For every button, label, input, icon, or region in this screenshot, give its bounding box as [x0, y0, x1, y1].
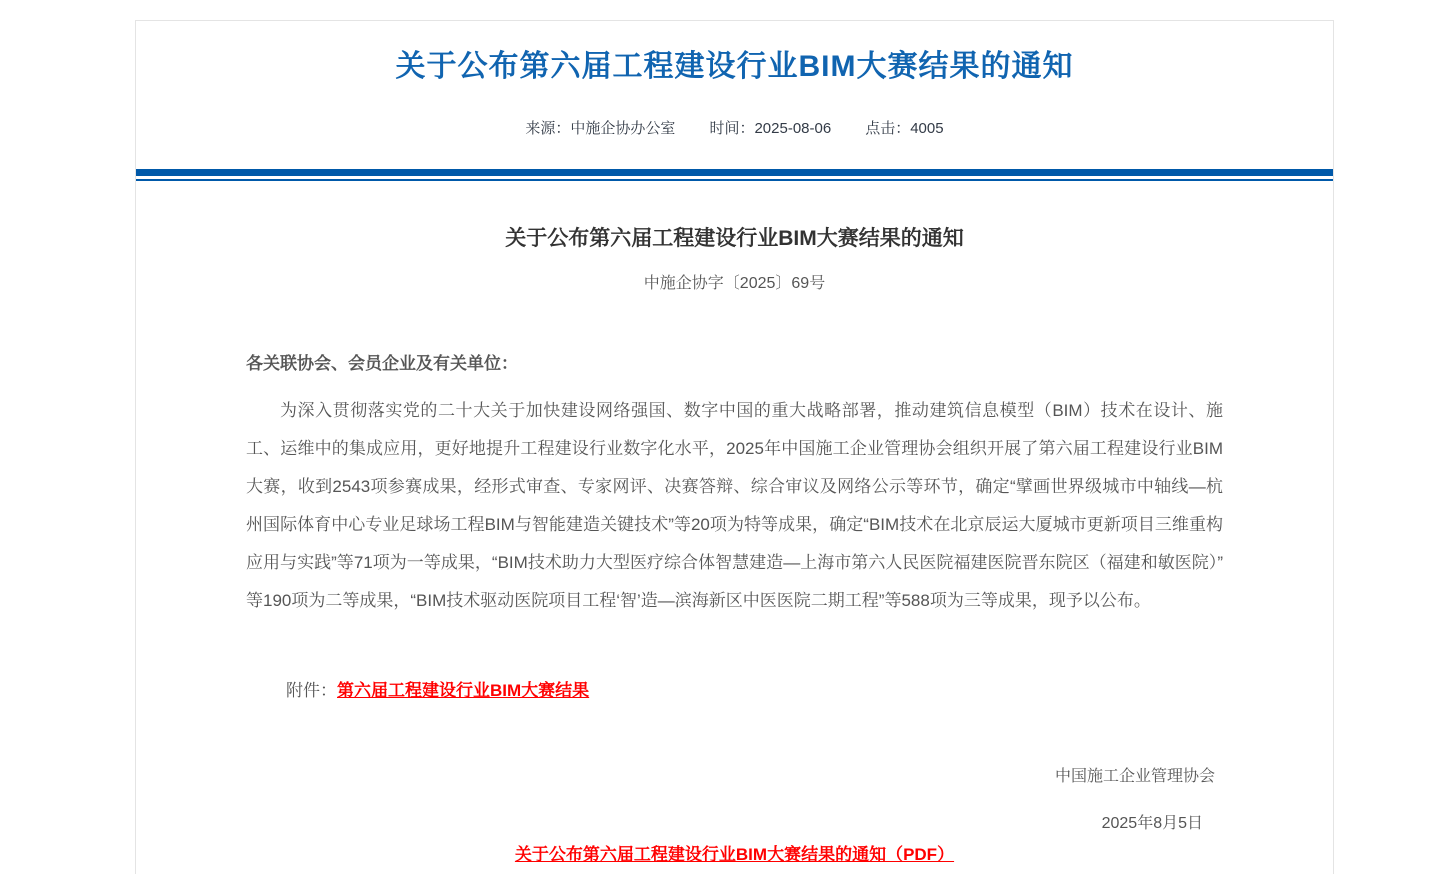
meta-clicks-value: 4005 [910, 120, 943, 137]
divider-thick-line [136, 169, 1333, 176]
meta-source: 来源：中施企协办公室 [525, 117, 675, 138]
salutation: 各关联协会、会员企业及有关单位： [246, 349, 1223, 374]
meta-source-label: 来源： [525, 120, 570, 137]
page-viewport: 关于公布第六届工程建设行业BIM大赛结果的通知 来源：中施企协办公室 时间：20… [0, 0, 1454, 874]
attachment-link[interactable]: 第六届工程建设行业BIM大赛结果 [337, 681, 589, 700]
meta-clicks: 点击：4005 [865, 117, 943, 138]
pdf-link[interactable]: 关于公布第六届工程建设行业BIM大赛结果的通知（PDF） [515, 845, 954, 864]
article-header: 关于公布第六届工程建设行业BIM大赛结果的通知 来源：中施企协办公室 时间：20… [136, 21, 1333, 138]
article-card: 关于公布第六届工程建设行业BIM大赛结果的通知 来源：中施企协办公室 时间：20… [135, 20, 1334, 874]
meta-clicks-label: 点击： [865, 120, 910, 137]
pdf-link-row: 关于公布第六届工程建设行业BIM大赛结果的通知（PDF） [246, 840, 1223, 865]
attachment-row: 附件：第六届工程建设行业BIM大赛结果 [246, 676, 1223, 701]
body-paragraph: 为深入贯彻落实党的二十大关于加快建设网络强国、数字中国的重大战略部署，推动建筑信… [246, 392, 1223, 620]
signature-block: 中国施工企业管理协会 2025年8月5日 [246, 763, 1223, 833]
doc-number: 中施企协字〔2025〕69号 [246, 270, 1223, 293]
page-title: 关于公布第六届工程建设行业BIM大赛结果的通知 [136, 49, 1333, 85]
meta-time-value: 2025-08-06 [754, 120, 831, 137]
signature-date: 2025年8月5日 [246, 810, 1223, 833]
meta-time: 时间：2025-08-06 [709, 117, 831, 138]
attachment-label: 附件： [286, 681, 337, 700]
article-body: 关于公布第六届工程建设行业BIM大赛结果的通知 中施企协字〔2025〕69号 各… [136, 222, 1333, 865]
article-meta: 来源：中施企协办公室 时间：2025-08-06 点击：4005 [136, 117, 1333, 138]
article-title: 关于公布第六届工程建设行业BIM大赛结果的通知 [246, 222, 1223, 252]
signature: 中国施工企业管理协会 [246, 763, 1223, 786]
divider-thin-line [136, 179, 1333, 181]
meta-time-label: 时间： [709, 120, 754, 137]
meta-source-value: 中施企协办公室 [570, 120, 675, 137]
